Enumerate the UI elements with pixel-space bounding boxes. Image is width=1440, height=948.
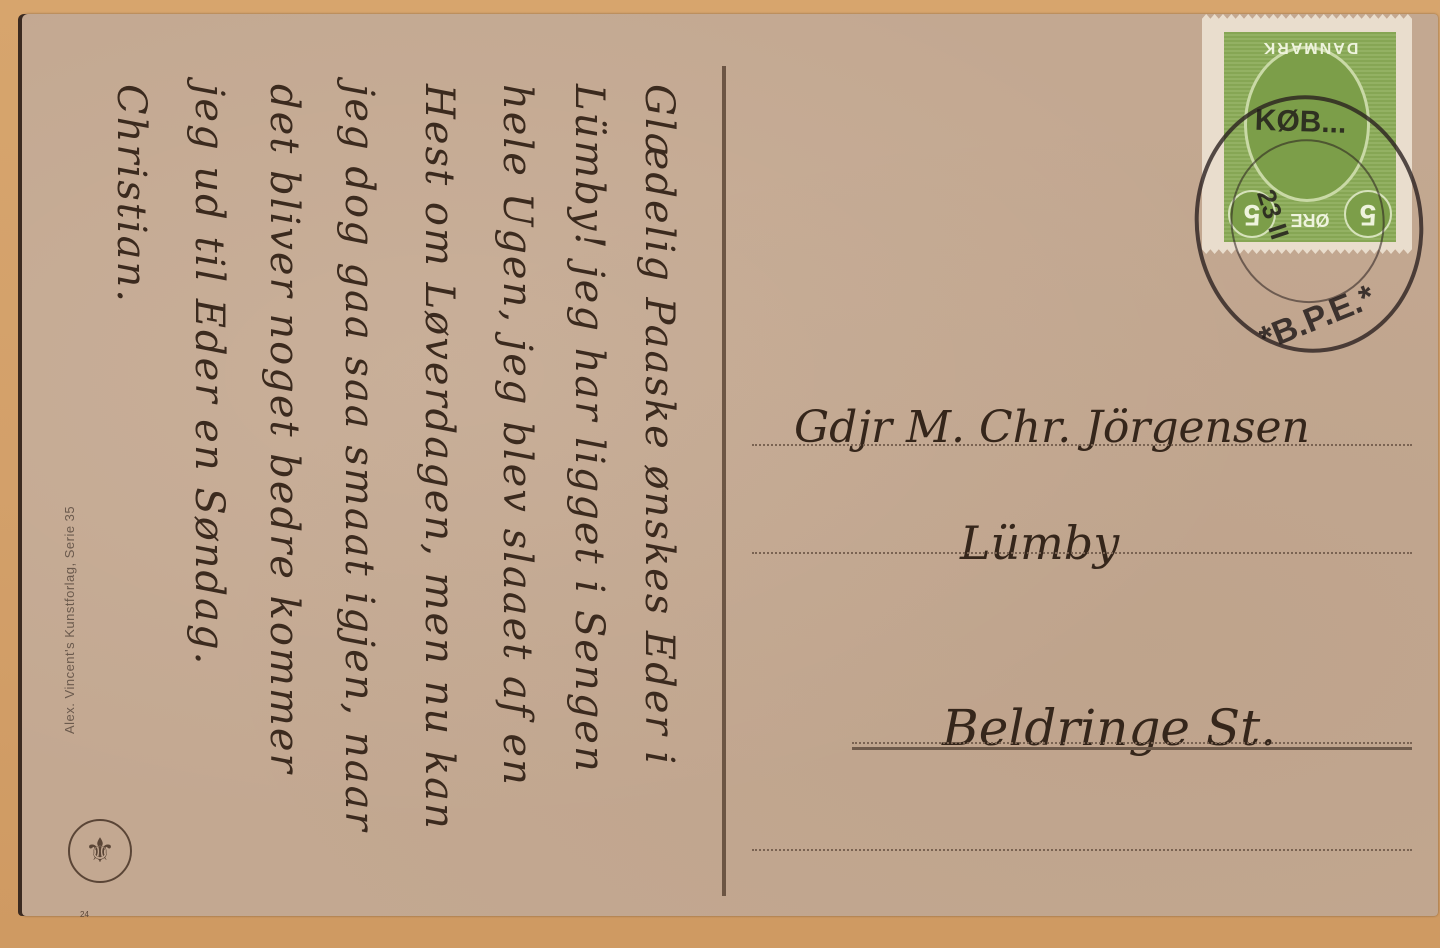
message-line: det bliver noget bedre kommer (261, 84, 307, 775)
message-line: Glædelig Paaske ønskes Eder i (636, 84, 682, 766)
address-rule (852, 742, 1412, 744)
stamp-country: DANMARK (1224, 38, 1396, 56)
message-line: hele Ugen, jeg blev slaaet af en (494, 84, 540, 787)
address-rule (752, 444, 1412, 446)
publisher-logo-number: 24 (80, 910, 89, 919)
message-line: Hest om Løverdagen, men nu kan (416, 84, 462, 831)
handwritten-message: Glædelig Paaske ønskes Eder i Lümby! jeg… (62, 74, 722, 904)
divider-line (722, 66, 726, 896)
address-rule (752, 552, 1412, 554)
message-line: jeg dog gaa saa smaat igjen, naar (336, 84, 382, 833)
message-line: Lümby! jeg har ligget i Sengen (566, 84, 612, 774)
publisher-logo-icon: ⚜ (68, 819, 132, 883)
address-line-2: Lümby (960, 516, 1119, 570)
postmark-city: KØB... (1254, 104, 1347, 141)
address-rule (752, 849, 1412, 851)
message-line: jeg ud til Eder en Søndag. (186, 84, 232, 666)
message-signature: Christian. (108, 84, 154, 304)
address-underline (852, 747, 1412, 750)
